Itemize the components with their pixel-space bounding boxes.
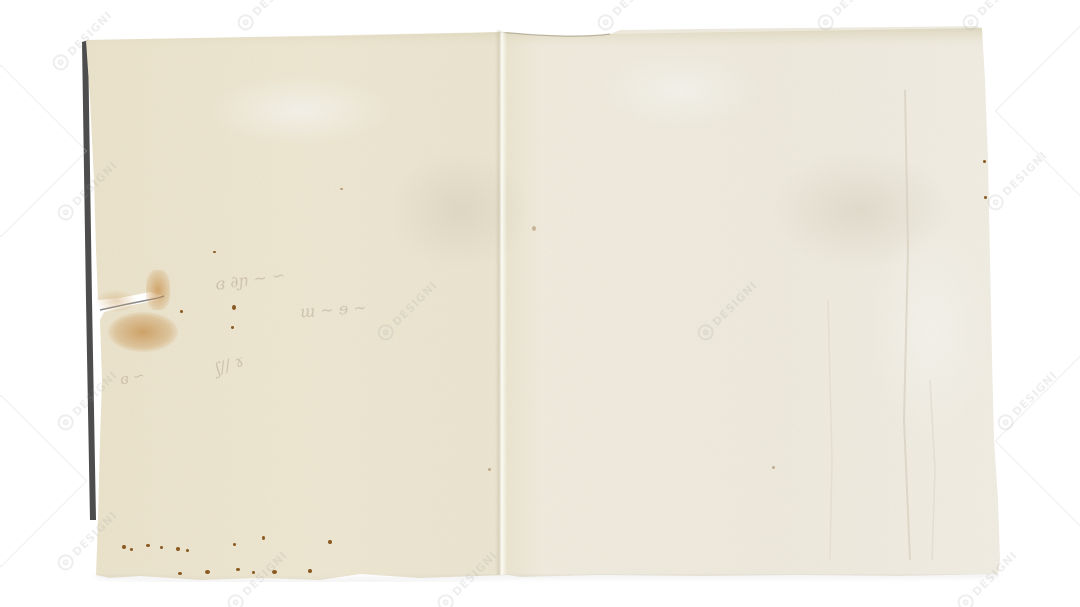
photo-stage: ɞ ∂ɲ ~ ∽ ɯ ~ ɘ ∼ ʃ∕∕ ɤ ɞ ∽ <box>0 0 1080 607</box>
aged-paper-sheet <box>0 0 1080 607</box>
center-fold-line <box>495 30 507 575</box>
